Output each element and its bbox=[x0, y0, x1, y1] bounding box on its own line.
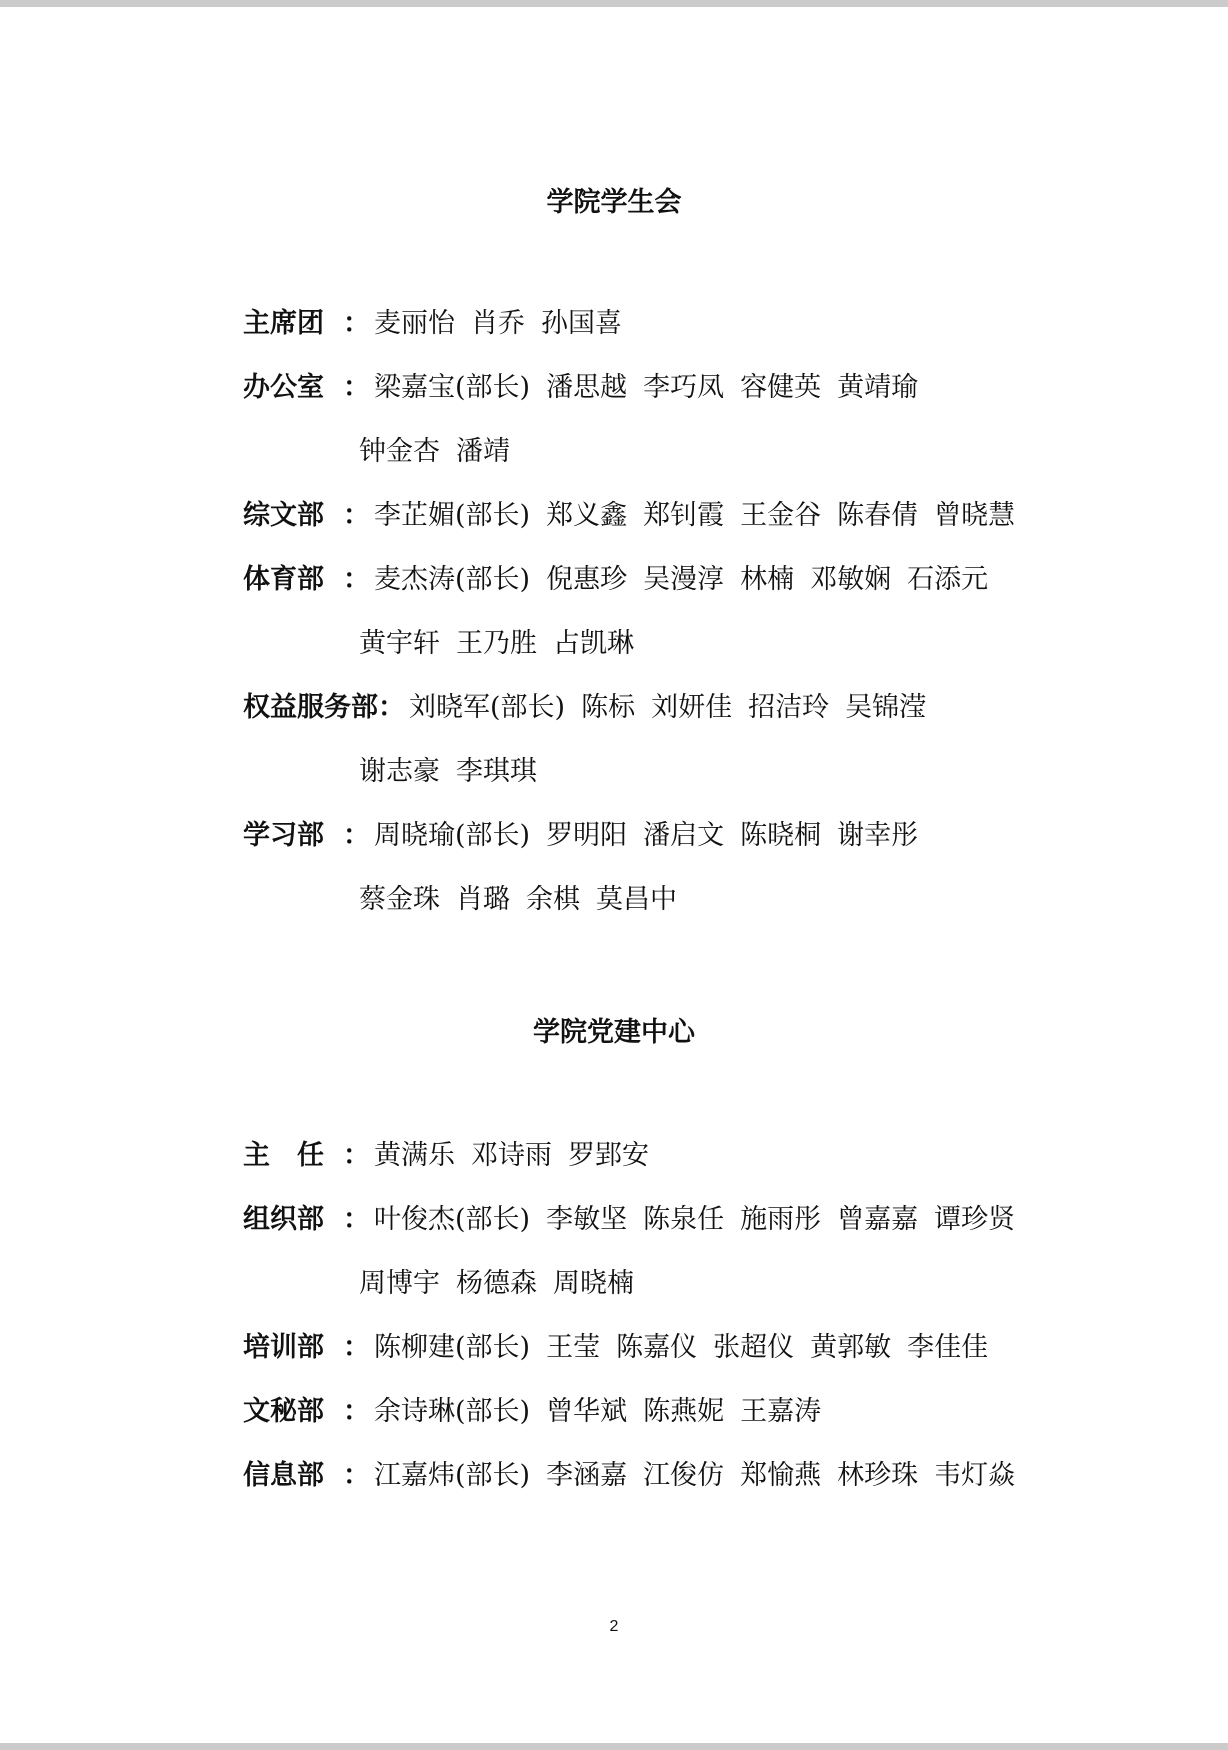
department-label: 主席团： bbox=[243, 304, 374, 344]
member-name: 余棋 bbox=[526, 880, 580, 920]
label-colon: ： bbox=[343, 560, 370, 600]
member-name: 黄郭敏 bbox=[810, 1328, 891, 1368]
member-name: 余诗琳(部长) bbox=[374, 1392, 530, 1432]
member-name: 莫昌中 bbox=[596, 880, 677, 920]
member-name: 邓诗雨 bbox=[471, 1136, 552, 1176]
roster-row: 主 任：黄满乐邓诗雨罗郢安 bbox=[243, 1136, 665, 1176]
member-name: 陈晓桐 bbox=[740, 816, 821, 856]
roster-row: 办公室：梁嘉宝(部长)潘思越李巧凤容健英黄靖瑜 bbox=[243, 368, 934, 408]
member-name: 曾晓慧 bbox=[934, 496, 1015, 536]
department-label: 综文部： bbox=[243, 496, 374, 536]
roster-row: 综文部：李芷媚(部长)郑义鑫郑钊霞王金谷陈春倩曾晓慧 bbox=[243, 496, 1031, 536]
member-name: 招洁玲 bbox=[748, 688, 829, 728]
member-name: 杨德森 bbox=[456, 1264, 537, 1304]
member-name: 曾嘉嘉 bbox=[837, 1200, 918, 1240]
member-name: 陈嘉仪 bbox=[616, 1328, 697, 1368]
department-label: 体育部： bbox=[243, 560, 374, 600]
member-name: 李芷媚(部长) bbox=[374, 496, 530, 536]
label-colon: ： bbox=[343, 1392, 370, 1432]
member-name: 曾华斌 bbox=[546, 1392, 627, 1432]
member-name: 黄靖瑜 bbox=[837, 368, 918, 408]
member-name: 李巧凤 bbox=[643, 368, 724, 408]
viewer-bottom-border bbox=[0, 1743, 1228, 1750]
member-name: 王金谷 bbox=[740, 496, 821, 536]
member-name: 梁嘉宝(部长) bbox=[374, 368, 530, 408]
member-name: 王乃胜 bbox=[456, 624, 537, 664]
label-colon: ： bbox=[378, 688, 405, 728]
member-name: 李琪琪 bbox=[456, 752, 537, 792]
member-name: 王莹 bbox=[546, 1328, 600, 1368]
department-name: 主 任 bbox=[243, 1136, 343, 1176]
roster-row: 学习部：周晓瑜(部长)罗明阳潘启文陈晓桐谢幸彤 bbox=[243, 816, 934, 856]
department-name: 办公室 bbox=[243, 368, 343, 408]
member-name: 麦杰涛(部长) bbox=[374, 560, 530, 600]
roster-row-continuation: 钟金杏潘靖 bbox=[359, 432, 526, 472]
member-name: 李涵嘉 bbox=[546, 1456, 627, 1496]
member-name: 刘妍佳 bbox=[651, 688, 732, 728]
department-label: 组织部： bbox=[243, 1200, 374, 1240]
member-name: 韦灯焱 bbox=[934, 1456, 1015, 1496]
label-colon: ： bbox=[343, 304, 370, 344]
member-name: 江嘉炜(部长) bbox=[374, 1456, 530, 1496]
member-name: 麦丽怡 bbox=[374, 304, 455, 344]
member-name: 陈标 bbox=[581, 688, 635, 728]
department-name: 信息部 bbox=[243, 1456, 343, 1496]
department-name: 权益服务部 bbox=[243, 688, 378, 728]
member-name: 孙国喜 bbox=[541, 304, 622, 344]
member-name: 林珍珠 bbox=[837, 1456, 918, 1496]
member-name: 周博宇 bbox=[359, 1264, 440, 1304]
roster-row: 培训部：陈柳建(部长)王莹陈嘉仪张超仪黄郭敏李佳佳 bbox=[243, 1328, 1004, 1368]
member-name: 陈燕妮 bbox=[643, 1392, 724, 1432]
member-name: 谢幸彤 bbox=[837, 816, 918, 856]
member-name: 周晓瑜(部长) bbox=[374, 816, 530, 856]
label-colon: ： bbox=[343, 1328, 370, 1368]
department-name: 文秘部 bbox=[243, 1392, 343, 1432]
department-name: 组织部 bbox=[243, 1200, 343, 1240]
member-name: 吴锦滢 bbox=[845, 688, 926, 728]
member-name: 邓敏娴 bbox=[810, 560, 891, 600]
department-label: 办公室： bbox=[243, 368, 374, 408]
label-colon: ： bbox=[343, 496, 370, 536]
member-name: 陈柳建(部长) bbox=[374, 1328, 530, 1368]
member-name: 郑义鑫 bbox=[546, 496, 627, 536]
roster-row: 主席团：麦丽怡肖乔孙国喜 bbox=[243, 304, 638, 344]
department-name: 培训部 bbox=[243, 1328, 343, 1368]
department-label: 信息部： bbox=[243, 1456, 374, 1496]
member-name: 罗郢安 bbox=[568, 1136, 649, 1176]
roster-row: 信息部：江嘉炜(部长)李涵嘉江俊仿郑愉燕林珍珠韦灯焱 bbox=[243, 1456, 1031, 1496]
roster-row-continuation: 周博宇杨德森周晓楠 bbox=[359, 1264, 650, 1304]
member-name: 黄满乐 bbox=[374, 1136, 455, 1176]
label-colon: ： bbox=[343, 1136, 370, 1176]
department-label: 主 任： bbox=[243, 1136, 374, 1176]
member-name: 叶俊杰(部长) bbox=[374, 1200, 530, 1240]
member-name: 谢志豪 bbox=[359, 752, 440, 792]
member-name: 刘晓军(部长) bbox=[409, 688, 565, 728]
member-name: 谭珍贤 bbox=[934, 1200, 1015, 1240]
member-name: 黄宇轩 bbox=[359, 624, 440, 664]
member-name: 李佳佳 bbox=[907, 1328, 988, 1368]
section-title-student-union: 学院学生会 bbox=[0, 180, 1228, 219]
department-label: 培训部： bbox=[243, 1328, 374, 1368]
member-name: 陈泉任 bbox=[643, 1200, 724, 1240]
roster-row-continuation: 蔡金珠肖璐余棋莫昌中 bbox=[359, 880, 693, 920]
label-colon: ： bbox=[343, 1456, 370, 1496]
member-name: 张超仪 bbox=[713, 1328, 794, 1368]
member-name: 潘启文 bbox=[643, 816, 724, 856]
member-name: 占凯琳 bbox=[553, 624, 634, 664]
member-name: 江俊仿 bbox=[643, 1456, 724, 1496]
member-name: 潘思越 bbox=[546, 368, 627, 408]
member-name: 石添元 bbox=[907, 560, 988, 600]
member-name: 郑钊霞 bbox=[643, 496, 724, 536]
label-colon: ： bbox=[343, 816, 370, 856]
page-number: 2 bbox=[0, 1618, 1228, 1636]
roster-row: 组织部：叶俊杰(部长)李敏坚陈泉任施雨彤曾嘉嘉谭珍贤 bbox=[243, 1200, 1031, 1240]
member-name: 陈春倩 bbox=[837, 496, 918, 536]
label-colon: ： bbox=[343, 1200, 370, 1240]
department-name: 综文部 bbox=[243, 496, 343, 536]
department-name: 主席团 bbox=[243, 304, 343, 344]
member-name: 蔡金珠 bbox=[359, 880, 440, 920]
department-label: 文秘部： bbox=[243, 1392, 374, 1432]
section-title-party-center: 学院党建中心 bbox=[0, 1010, 1228, 1049]
department-label: 学习部： bbox=[243, 816, 374, 856]
member-name: 潘靖 bbox=[456, 432, 510, 472]
member-name: 肖璐 bbox=[456, 880, 510, 920]
member-name: 容健英 bbox=[740, 368, 821, 408]
roster-row: 文秘部：余诗琳(部长)曾华斌陈燕妮王嘉涛 bbox=[243, 1392, 837, 1432]
member-name: 林楠 bbox=[740, 560, 794, 600]
label-colon: ： bbox=[343, 368, 370, 408]
viewer-top-border bbox=[0, 0, 1228, 7]
member-name: 郑愉燕 bbox=[740, 1456, 821, 1496]
member-name: 吴漫淳 bbox=[643, 560, 724, 600]
roster-row-continuation: 谢志豪李琪琪 bbox=[359, 752, 553, 792]
member-name: 李敏坚 bbox=[546, 1200, 627, 1240]
member-name: 钟金杏 bbox=[359, 432, 440, 472]
department-label: 权益服务部： bbox=[243, 688, 409, 728]
roster-row: 体育部：麦杰涛(部长)倪惠珍吴漫淳林楠邓敏娴石添元 bbox=[243, 560, 1004, 600]
department-name: 学习部 bbox=[243, 816, 343, 856]
member-name: 罗明阳 bbox=[546, 816, 627, 856]
department-name: 体育部 bbox=[243, 560, 343, 600]
member-name: 倪惠珍 bbox=[546, 560, 627, 600]
roster-row-continuation: 黄宇轩王乃胜占凯琳 bbox=[359, 624, 650, 664]
roster-row: 权益服务部：刘晓军(部长)陈标刘妍佳招洁玲吴锦滢 bbox=[243, 688, 942, 728]
member-name: 肖乔 bbox=[471, 304, 525, 344]
member-name: 王嘉涛 bbox=[740, 1392, 821, 1432]
member-name: 周晓楠 bbox=[553, 1264, 634, 1304]
member-name: 施雨彤 bbox=[740, 1200, 821, 1240]
